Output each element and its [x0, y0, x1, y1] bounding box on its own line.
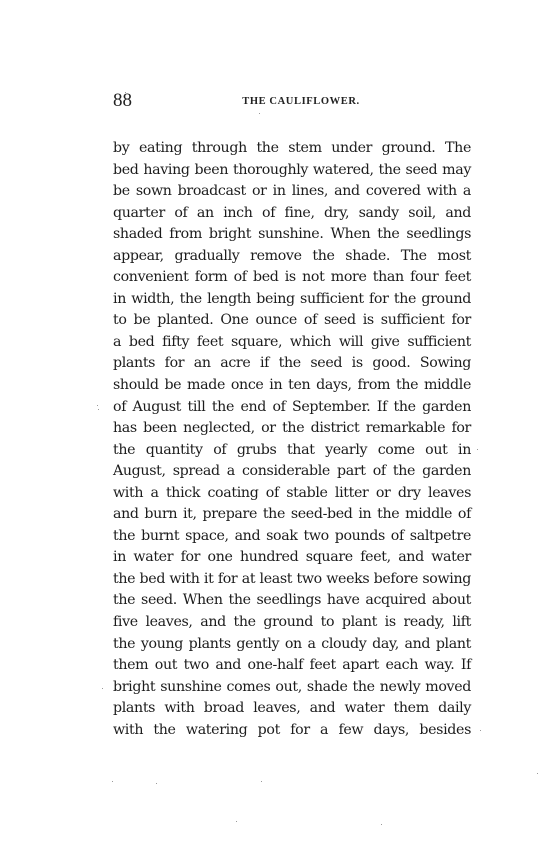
scan-speck [98, 409, 99, 410]
text-line: of August till the end of September. If … [113, 397, 471, 419]
scan-speck [236, 821, 237, 822]
scan-speck [261, 781, 262, 782]
text-line: by eating through the stem under ground.… [113, 138, 471, 160]
body-text: by eating through the stem under ground.… [113, 138, 471, 741]
scan-speck [381, 824, 382, 825]
text-line: with the watering pot for a few days, be… [113, 720, 471, 742]
text-line: with a thick coating of stable litter or… [113, 483, 471, 505]
text-line: them out two and one-half feet apart eac… [113, 655, 471, 677]
text-line: quarter of an inch of fine, dry, sandy s… [113, 203, 471, 225]
text-line: the quantity of grubs that yearly come o… [113, 440, 471, 462]
text-line: the burnt space, and soak two pounds of … [113, 526, 471, 548]
text-line: August, spread a considerable part of th… [113, 461, 471, 483]
text-line: in water for one hundred square feet, an… [113, 547, 471, 569]
text-line: the young plants gently on a cloudy day,… [113, 634, 471, 656]
text-line: should be made once in ten days, from th… [113, 375, 471, 397]
text-line: bed having been thoroughly watered, the … [113, 160, 471, 182]
scan-speck [112, 781, 113, 782]
text-line: plants with broad leaves, and water them… [113, 698, 471, 720]
scan-speck [102, 688, 103, 689]
scan-speck [125, 92, 126, 93]
scan-speck [477, 449, 478, 450]
running-head: 88 THE CAULIFLOWER. [113, 90, 471, 114]
scan-speck [480, 730, 481, 731]
text-line: be sown broadcast or in lines, and cover… [113, 181, 471, 203]
text-line: bright sunshine comes out, shade the new… [113, 677, 471, 699]
text-line: the bed with it for at least two weeks b… [113, 569, 471, 591]
text-line: the seed. When the seedlings have acquir… [113, 590, 471, 612]
text-line: in width, the length being sufficient fo… [113, 289, 471, 311]
text-line: five leaves, and the ground to plant is … [113, 612, 471, 634]
scan-speck [156, 783, 157, 784]
scan-speck [97, 405, 98, 406]
text-line: to be planted. One ounce of seed is suff… [113, 310, 471, 332]
text-line: convenient form of bed is not more than … [113, 267, 471, 289]
scan-speck [537, 773, 538, 774]
book-page: 88 THE CAULIFLOWER. by eating through th… [0, 0, 552, 867]
scan-speck [259, 113, 260, 114]
text-line: a bed fifty feet square, which will give… [113, 332, 471, 354]
text-line: plants for an acre if the seed is good. … [113, 353, 471, 375]
text-line: shaded from bright sunshine. When the se… [113, 224, 471, 246]
text-line: and burn it, prepare the seed-bed in the… [113, 504, 471, 526]
text-line: has been neglected, or the district rema… [113, 418, 471, 440]
text-line: appear, gradually remove the shade. The … [113, 246, 471, 268]
running-title: THE CAULIFLOWER. [113, 95, 471, 109]
